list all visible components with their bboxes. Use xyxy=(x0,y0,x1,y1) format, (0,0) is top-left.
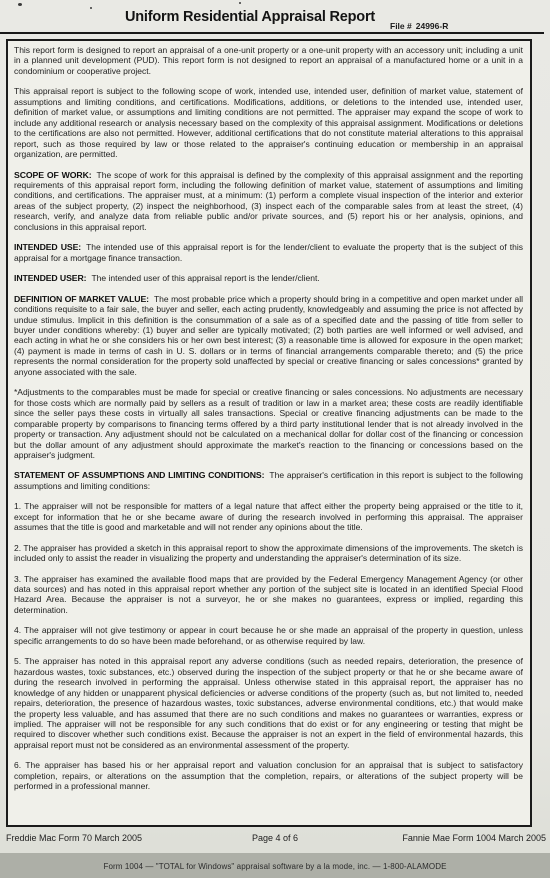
paragraph-text: 1. The appraiser will not be responsible… xyxy=(14,501,523,532)
intended-use-paragraph: INTENDED USE:The intended use of this ap… xyxy=(14,242,523,263)
assumptions-statement-paragraph: STATEMENT OF ASSUMPTIONS AND LIMITING CO… xyxy=(14,470,523,491)
section-heading: STATEMENT OF ASSUMPTIONS AND LIMITING CO… xyxy=(14,470,264,480)
paragraph-text: 2. The appraiser has provided a sketch i… xyxy=(14,543,523,563)
paragraph-text: The intended use of this appraisal repor… xyxy=(14,242,523,262)
section-heading: INTENDED USER: xyxy=(14,273,86,283)
paragraph-text: 4. The appraiser will not give testimony… xyxy=(14,625,523,645)
file-number-value: 24996-R xyxy=(416,21,449,31)
freddie-mac-form-label: Freddie Mac Form 70 March 2005 xyxy=(6,833,142,843)
fannie-mae-form-label: Fannie Mae Form 1004 March 2005 xyxy=(402,833,546,843)
market-value-definition-paragraph: DEFINITION OF MARKET VALUE:The most prob… xyxy=(14,294,523,378)
condition-item-1: 1. The appraiser will not be responsible… xyxy=(14,501,523,532)
software-credit-line: Form 1004 — "TOTAL for Windows" appraisa… xyxy=(0,853,550,871)
file-number-label: File # xyxy=(390,21,412,31)
intended-user-paragraph: INTENDED USER:The intended user of this … xyxy=(14,273,523,283)
paragraph-text: 6. The appraiser has based his or her ap… xyxy=(14,760,523,791)
paragraph-text: This report form is designed to report a… xyxy=(14,45,523,76)
scope-intro-paragraph: This appraisal report is subject to the … xyxy=(14,86,523,159)
condition-item-2: 2. The appraiser has provided a sketch i… xyxy=(14,543,523,564)
paragraph-text: This appraisal report is subject to the … xyxy=(14,86,523,159)
form-footer: Page 4 of 6 Freddie Mac Form 70 March 20… xyxy=(0,833,550,847)
paragraph-text: The intended user of this appraisal repo… xyxy=(91,273,319,283)
paragraph-text: *Adjustments to the comparables must be … xyxy=(14,387,523,460)
report-text-box: This report form is designed to report a… xyxy=(6,39,532,827)
paragraph-text: 5. The appraiser has noted in this appra… xyxy=(14,656,523,750)
title-divider xyxy=(0,32,544,34)
adjustments-footnote-paragraph: *Adjustments to the comparables must be … xyxy=(14,387,523,460)
intro-paragraph: This report form is designed to report a… xyxy=(14,45,523,76)
condition-item-5: 5. The appraiser has noted in this appra… xyxy=(14,656,523,750)
condition-item-3: 3. The appraiser has examined the availa… xyxy=(14,574,523,616)
scan-background-band: Form 1004 — "TOTAL for Windows" appraisa… xyxy=(0,853,550,878)
section-heading: INTENDED USE: xyxy=(14,242,81,252)
scan-speck xyxy=(239,2,241,4)
section-heading: SCOPE OF WORK: xyxy=(14,170,92,180)
file-number: File #24996-R xyxy=(390,21,448,31)
scanned-appraisal-page: Uniform Residential Appraisal Report Fil… xyxy=(0,0,550,878)
condition-item-6: 6. The appraiser has based his or her ap… xyxy=(14,760,523,791)
paragraph-text: 3. The appraiser has examined the availa… xyxy=(14,574,523,615)
paragraph-text: The most probable price which a property… xyxy=(14,294,523,377)
condition-item-4: 4. The appraiser will not give testimony… xyxy=(14,625,523,646)
scope-of-work-paragraph: SCOPE OF WORK:The scope of work for this… xyxy=(14,170,523,233)
scan-speck xyxy=(18,3,22,6)
section-heading: DEFINITION OF MARKET VALUE: xyxy=(14,294,149,304)
